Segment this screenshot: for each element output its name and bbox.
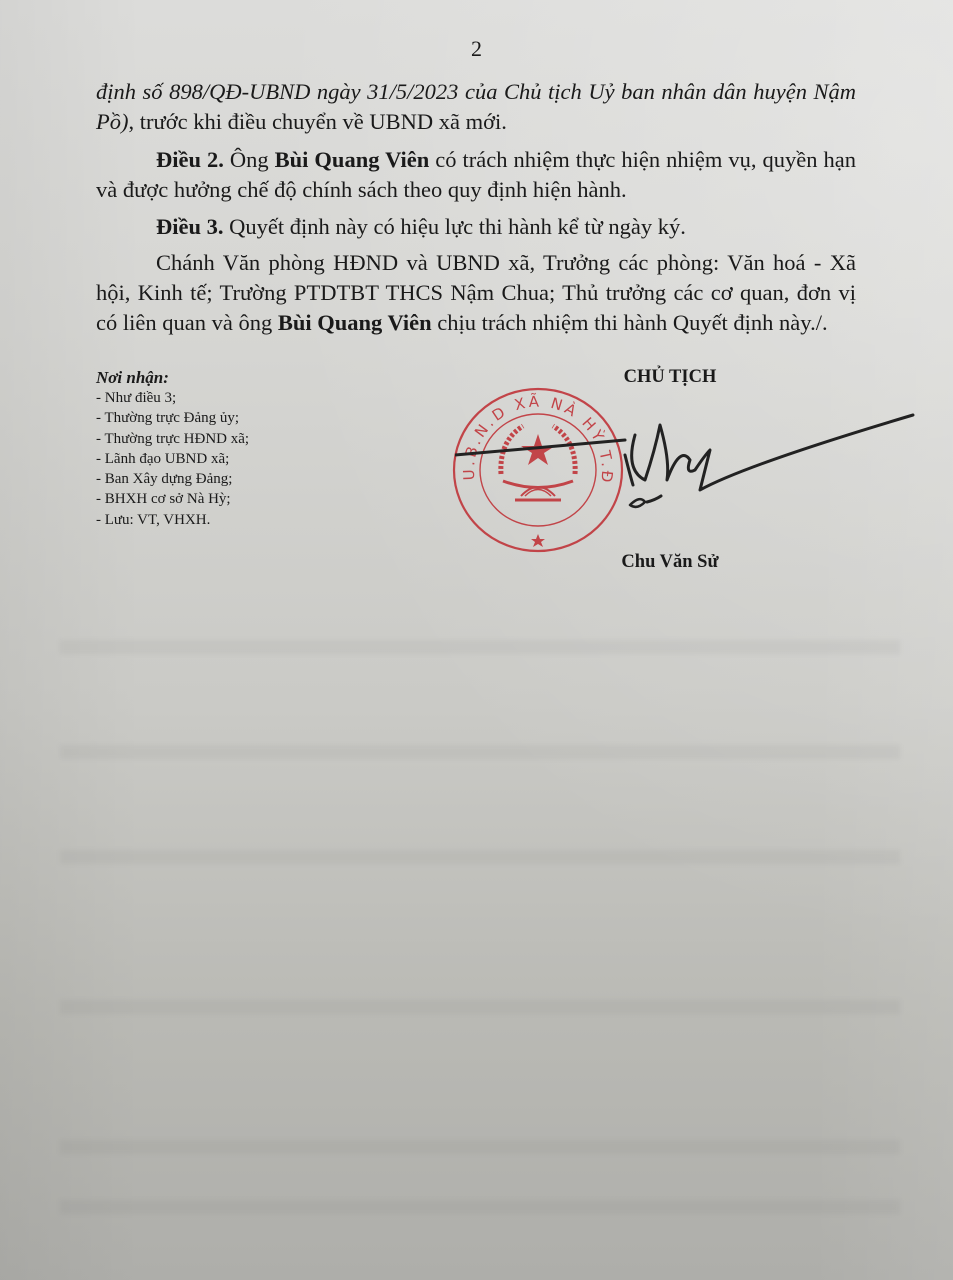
- recipient-item: - Ban Xây dựng Đảng;: [96, 469, 356, 489]
- recipient-item: - Thường trực HĐND xã;: [96, 429, 356, 449]
- person-name: Bùi Quang Viên: [278, 310, 432, 335]
- article-2-label: Điều 2.: [156, 147, 224, 172]
- recipient-item: - Thường trực Đảng ủy;: [96, 408, 356, 428]
- bleed-through: [60, 1000, 900, 1014]
- bleed-through: [60, 1200, 900, 1214]
- paragraph-continuation: định số 898/QĐ-UBND ngày 31/5/2023 của C…: [96, 77, 856, 137]
- article-2: Điều 2. Ông Bùi Quang Viên có trách nhiệ…: [96, 145, 856, 205]
- signature-icon: [455, 410, 915, 530]
- bleed-through: [60, 1140, 900, 1154]
- recipient-item: - Như điều 3;: [96, 388, 356, 408]
- page-number: 2: [0, 36, 953, 62]
- recipients-title: Nơi nhận:: [96, 368, 356, 388]
- article-3: Điều 3. Quyết định này có hiệu lực thi h…: [96, 212, 856, 242]
- bleed-through: [60, 850, 900, 864]
- signer-name: Chu Văn Sử: [560, 552, 780, 573]
- person-name: Bùi Quang Viên: [275, 147, 430, 172]
- recipients-list: Nơi nhận: - Như điều 3; - Thường trực Đả…: [96, 368, 356, 530]
- article-3-label: Điều 3.: [156, 214, 224, 239]
- recipient-item: - Lãnh đạo UBND xã;: [96, 449, 356, 469]
- bleed-through: [60, 640, 900, 654]
- recipient-item: - Lưu: VT, VHXH.: [96, 510, 356, 530]
- execution-clause: Chánh Văn phòng HĐND và UBND xã, Trưởng …: [96, 248, 856, 338]
- recipient-item: - BHXH cơ sở Nà Hỳ;: [96, 489, 356, 509]
- signer-title: CHỦ TỊCH: [560, 367, 780, 388]
- bleed-through: [60, 745, 900, 759]
